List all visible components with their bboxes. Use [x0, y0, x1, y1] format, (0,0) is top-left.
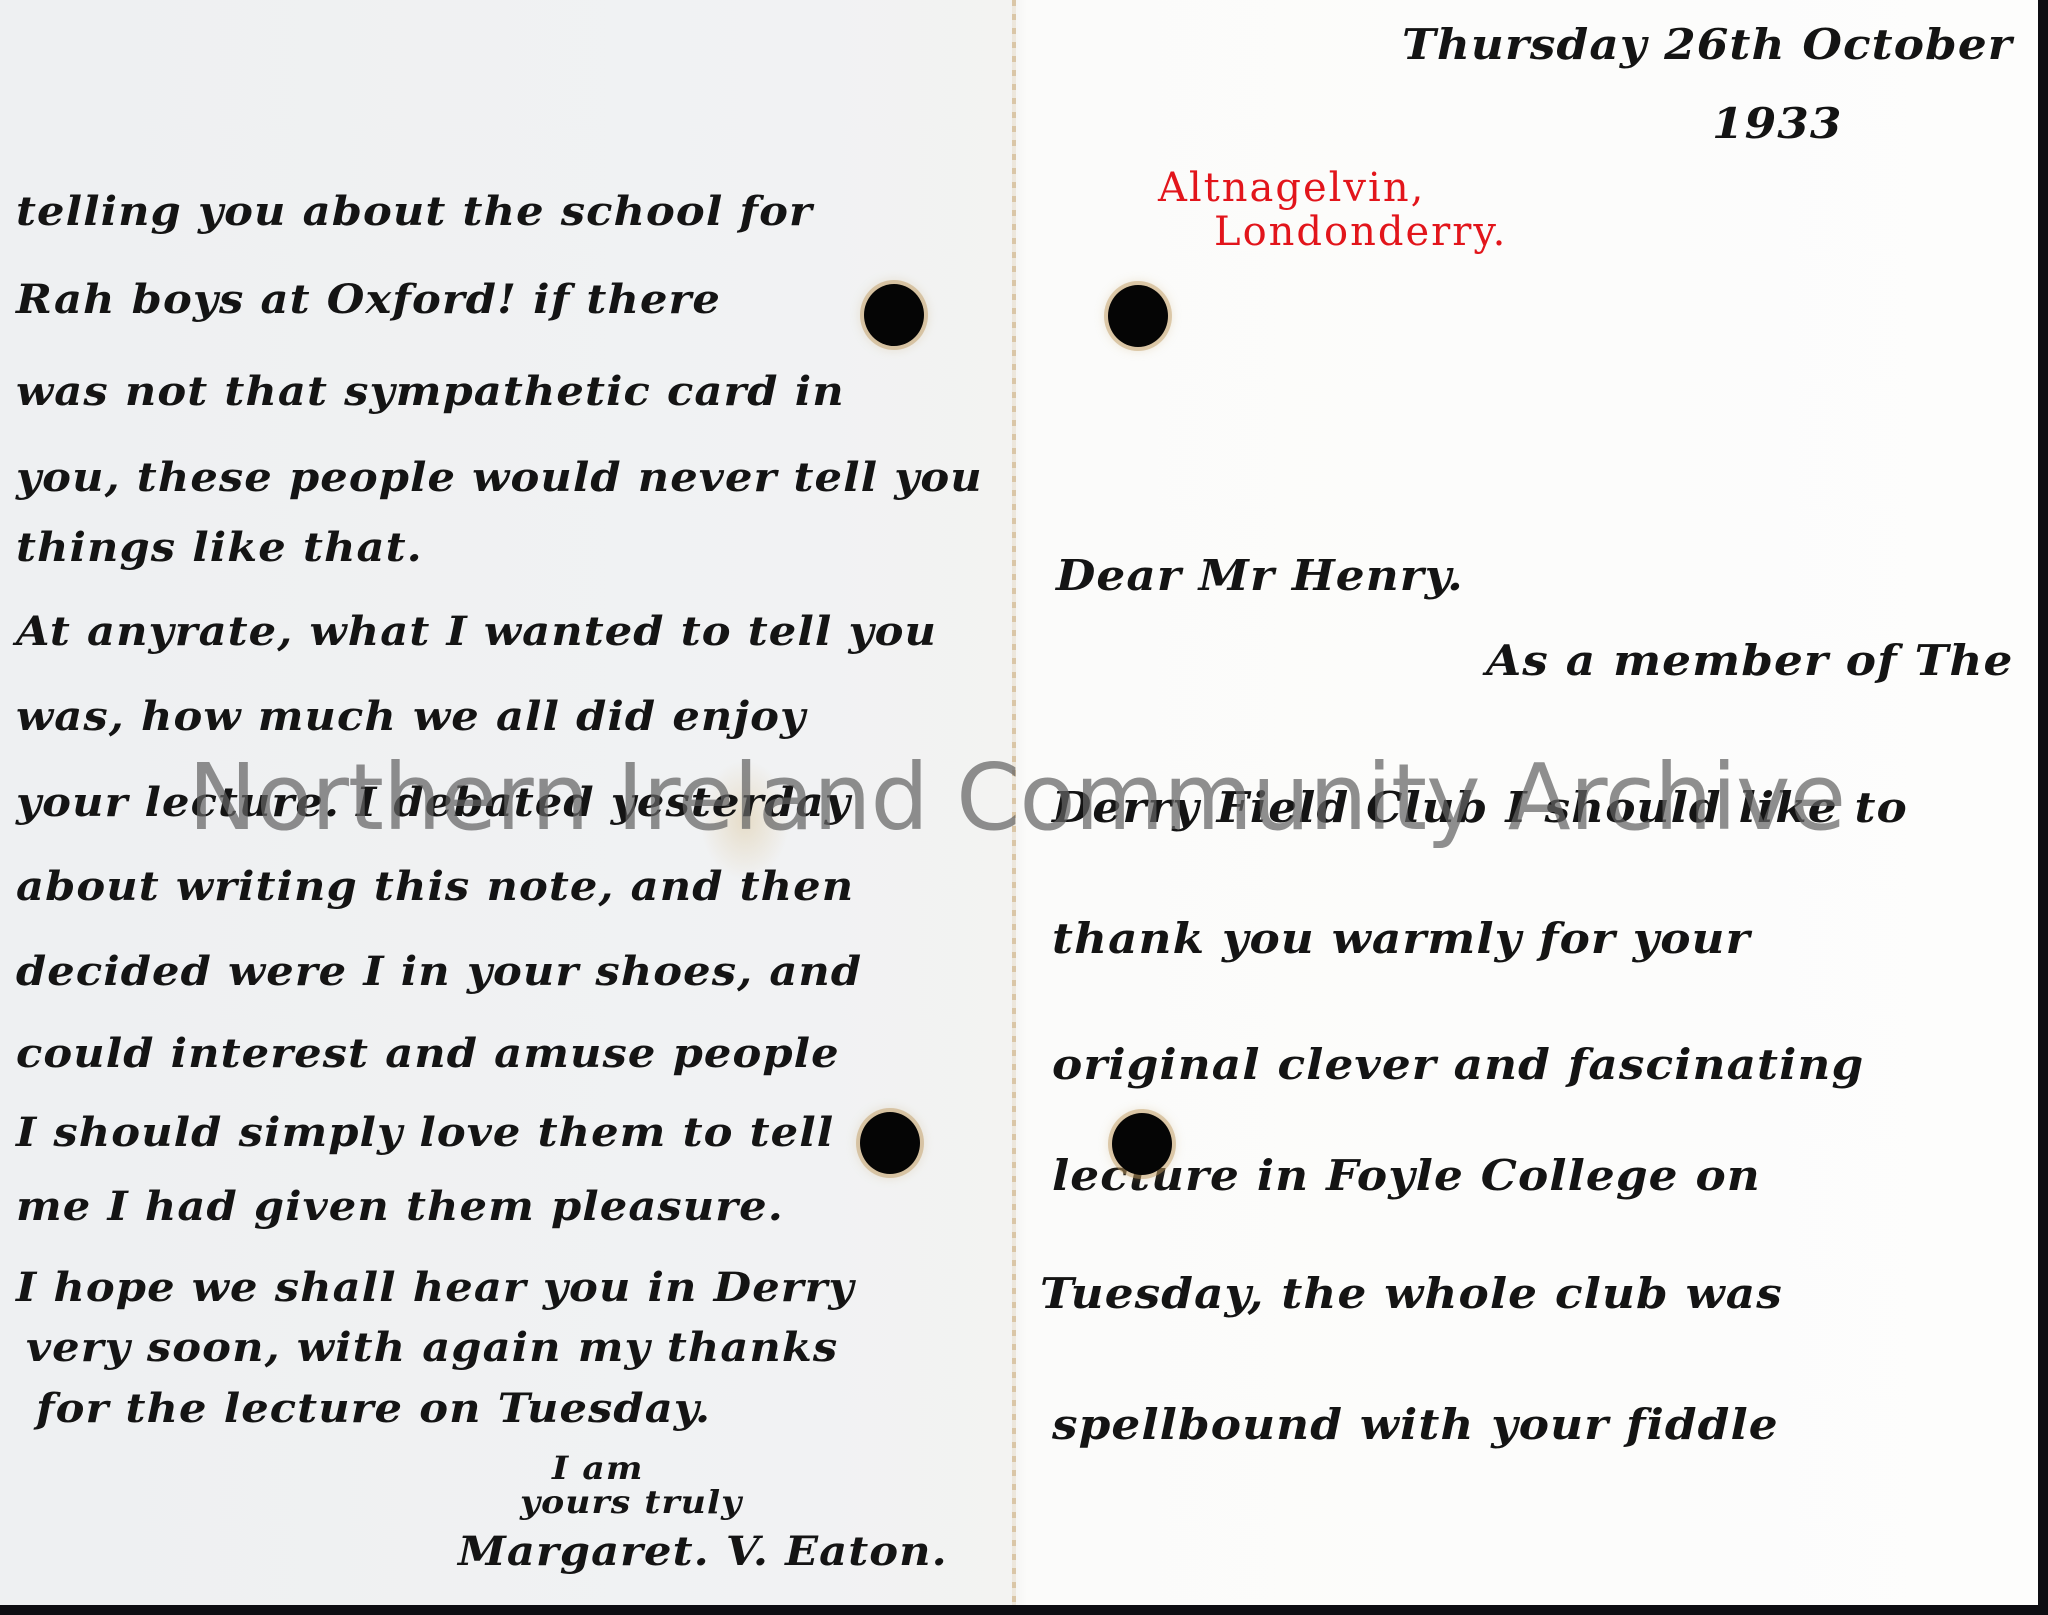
letter-line: Rah boys at Oxford! if there	[16, 280, 721, 320]
letter-line: about writing this note, and then	[16, 867, 854, 907]
letter-line: decided were I in your shoes, and	[16, 952, 862, 992]
salutation: Dear Mr Henry.	[1056, 555, 1464, 597]
punch-hole	[864, 284, 924, 346]
letter-line: I hope we shall hear you in Derry	[16, 1268, 855, 1308]
letter-line: me I had given them pleasure.	[16, 1187, 784, 1227]
signature: Margaret. V. Eaton.	[458, 1532, 948, 1572]
letter-line: Tuesday, the whole club was	[1040, 1273, 1783, 1315]
date-line: Thursday 26th October	[1402, 24, 2013, 66]
letter-line: you, these people would never tell you	[16, 458, 983, 498]
letter-line: things like that.	[16, 528, 423, 568]
letter-line: was, how much we all did enjoy	[16, 697, 806, 737]
letter-line: could interest and amuse people	[16, 1034, 840, 1074]
letter-line: spellbound with your fiddle	[1052, 1404, 1779, 1446]
letter-line: As a member of The	[1486, 640, 2013, 682]
closing-line-1: I am	[552, 1452, 643, 1484]
letter-line: thank you warmly for your	[1052, 918, 1751, 960]
letterhead-line-2: Londonderry.	[1214, 212, 1507, 252]
archive-watermark: Northern Ireland Community Archive	[188, 752, 1868, 844]
closing-line-2: yours truly	[520, 1486, 742, 1518]
letter-sheet: telling you about the school for Rah boy…	[0, 0, 2038, 1605]
letter-line: telling you about the school for	[16, 192, 813, 232]
date-year: 1933	[1712, 103, 1843, 145]
letter-line: very soon, with again my thanks	[26, 1328, 838, 1368]
letter-line: At anyrate, what I wanted to tell you	[16, 612, 937, 652]
punch-hole	[860, 1112, 920, 1174]
letter-line: original clever and fascinating	[1052, 1044, 1864, 1086]
punch-hole	[1112, 1113, 1172, 1175]
letter-line: was not that sympathetic card in	[16, 372, 845, 412]
letter-line: for the lecture on Tuesday.	[36, 1389, 711, 1429]
line-text: you, these people would never tell you	[16, 454, 983, 501]
punch-hole	[1108, 285, 1168, 347]
letterhead-line-1: Altnagelvin,	[1158, 168, 1425, 208]
letter-line: I should simply love them to tell	[16, 1113, 834, 1153]
